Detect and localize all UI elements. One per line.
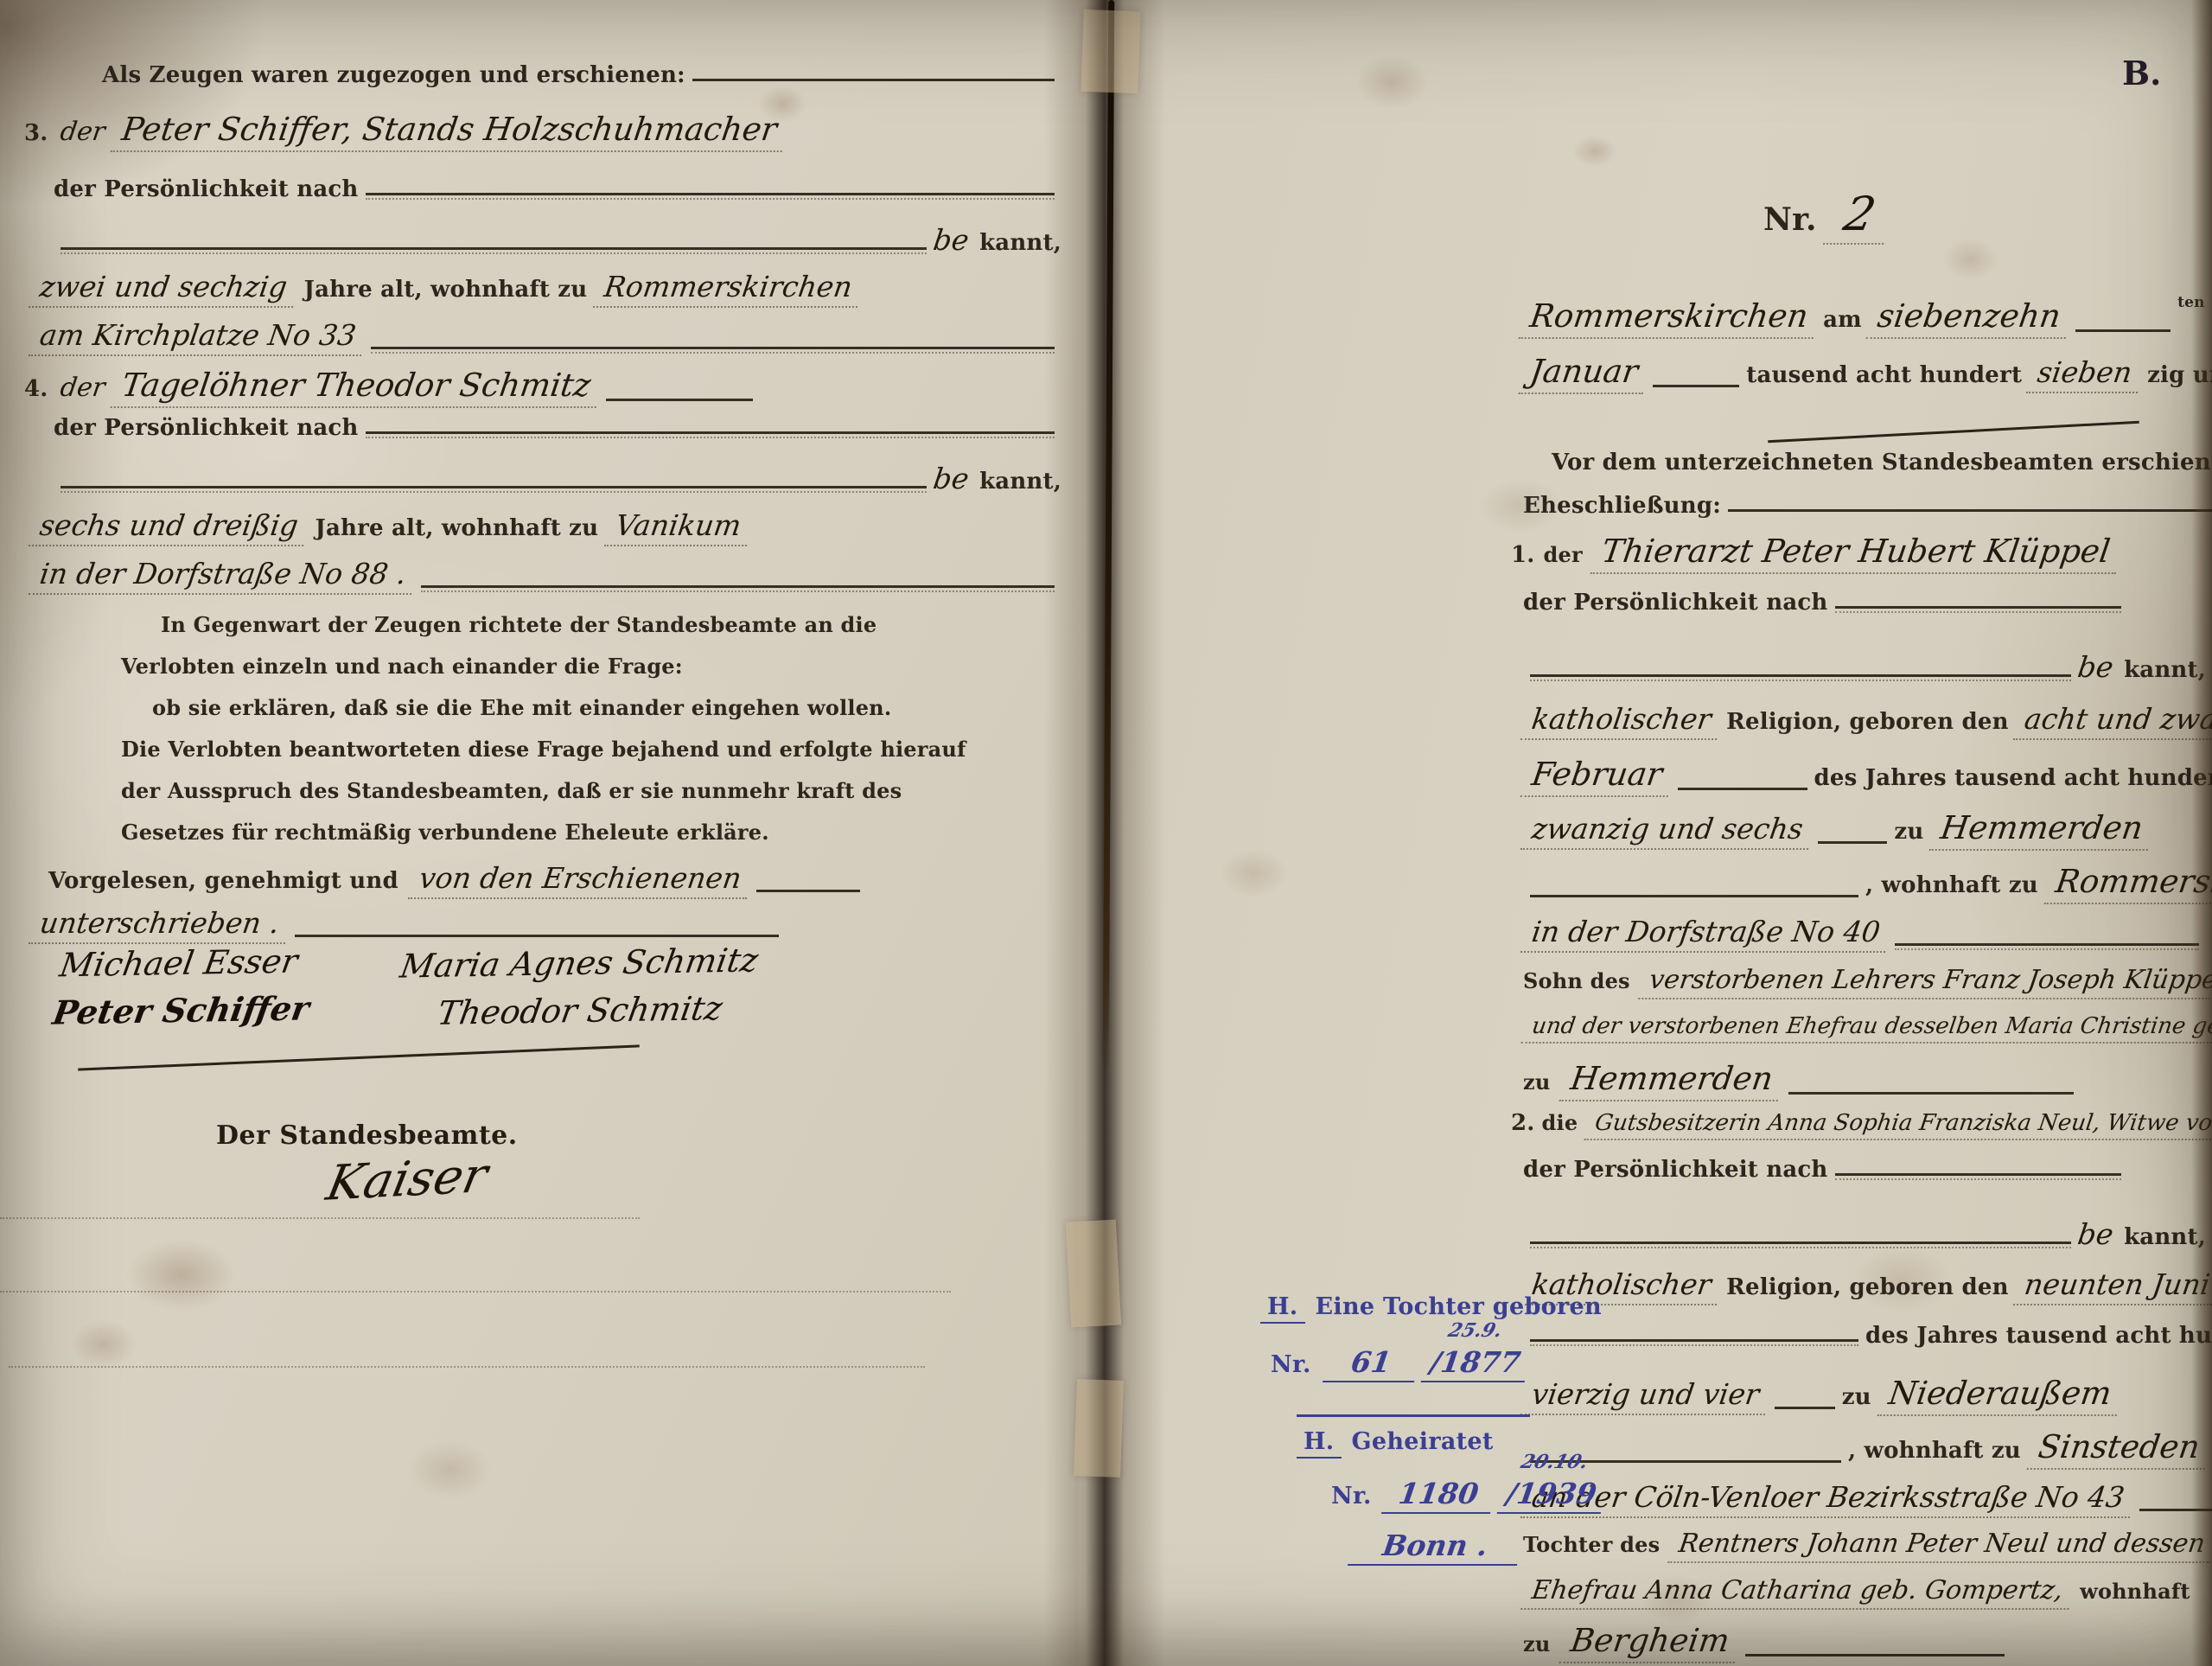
be-hand: be xyxy=(2076,650,2116,684)
bride-mother-line: Ehefrau Anna Catharina geb. Gompertz, wo… xyxy=(1523,1575,2206,1610)
groom-birth-month-line: Februar des Jahres tausend acht hundert xyxy=(1523,756,2206,797)
rule xyxy=(1895,943,2199,946)
ten-superscript: ten xyxy=(2177,294,2205,311)
signature-witness-d: Theodor Schmitz xyxy=(435,989,725,1032)
groom-parents-place: Hemmerden xyxy=(1559,1060,1784,1101)
record-number-line: Nr. 2 xyxy=(1763,187,1890,245)
bride-father: Rentners Johann Peter Neul und dessen xyxy=(1667,1529,2212,1563)
groom-number: 1. xyxy=(1511,542,1535,568)
rule xyxy=(756,890,860,892)
groom-birth-day: acht und zwanzigsten xyxy=(2013,702,2212,740)
bride-parents-place-line: zu Bergheim xyxy=(1523,1622,2206,1663)
be-hand: be xyxy=(2076,1217,2116,1251)
closing-line2: unterschrieben . xyxy=(31,906,1061,944)
groom-mother-line: und der verstorbenen Ehefrau desselben M… xyxy=(1523,1013,2206,1044)
bride-name: Gutsbesitzerin Anna Sophia Franziska Neu… xyxy=(1584,1110,2212,1140)
record-number-label: Nr. xyxy=(1763,201,1817,238)
year-prefix: /19 xyxy=(1504,1477,1559,1510)
month-hand: Januar xyxy=(1519,353,1649,394)
nr-label: Nr. xyxy=(1271,1351,1311,1378)
rule xyxy=(1653,385,1739,387)
witness4-prefix: der xyxy=(58,373,106,403)
registrar-label: Der Standesbeamte. xyxy=(216,1120,518,1151)
intro-line1: Vor dem unterzeichneten Standesbeamten e… xyxy=(1552,450,2212,476)
signature-row1: Michael Esser Maria Agnes Schmitz xyxy=(61,944,757,982)
age-residence-print: Jahre alt, wohnhaft zu xyxy=(315,515,598,541)
groom-religion: katholischer xyxy=(1520,702,1722,740)
witness4-personality-line: der Persönlichkeit nach xyxy=(54,415,1061,441)
bride-prefix: die xyxy=(1542,1110,1578,1135)
year-print: des Jahres tausend acht hundert xyxy=(1814,765,2212,791)
bride-personality-line: der Persönlichkeit nach xyxy=(1523,1157,2128,1183)
closing-print: Vorgelesen, genehmigt und xyxy=(48,868,398,894)
married-stamp-label: Geheiratet xyxy=(1352,1428,1494,1455)
signature-flourish-line xyxy=(78,1044,640,1070)
zu-print: zu xyxy=(1894,819,1923,845)
bride-birth-year-line: vierzig und vier zu Niederaußem xyxy=(1523,1375,2206,1416)
zig-und-print: zig und xyxy=(2147,362,2212,388)
groom-birth-year-line: zwanzig und sechs zu Hemmerden xyxy=(1523,809,2206,851)
rule xyxy=(1530,895,1858,897)
witness3-bekannt-line: be kannt, xyxy=(54,223,1061,257)
ceremony-paragraph-line3: ob sie erklären, daß sie die Ehe mit ein… xyxy=(152,695,891,720)
religion-print: Religion, geboren den xyxy=(1726,1274,2009,1300)
rule xyxy=(371,347,1055,349)
residence-print: , wohnhaft zu xyxy=(1848,1438,2021,1464)
bride-bekannt-line: be kannt, xyxy=(1523,1217,2206,1251)
daughter-stamp-header: H. Eine Tochter geboren xyxy=(1260,1293,1602,1324)
rule xyxy=(61,247,927,250)
daughter-stamp-number-line: Nr. 61 25.9. /1877 xyxy=(1271,1345,1527,1382)
groom-birth-year: zwanzig und sechs xyxy=(1520,812,1814,850)
bride-religion-line: katholischer Religion, geboren den neunt… xyxy=(1523,1267,2206,1305)
groom-father: verstorbenen Lehrers Franz Joseph Klüppe… xyxy=(1638,965,2212,999)
groom-father-line: Sohn des verstorbenen Lehrers Franz Jose… xyxy=(1523,965,2206,999)
paragraph-text: ob sie erklären, daß sie die Ehe mit ein… xyxy=(152,695,891,720)
bride-residence: Sinsteden xyxy=(2027,1428,2211,1470)
witness-heading: Als Zeugen waren zugezogen und erschiene… xyxy=(102,62,685,88)
rule xyxy=(295,935,779,937)
personality-label: der Persönlichkeit nach xyxy=(54,176,359,202)
registrar-label-line: Der Standesbeamte. xyxy=(216,1120,518,1151)
rule xyxy=(2139,1509,2212,1511)
kannt-print: kannt, xyxy=(2124,1224,2206,1250)
rule xyxy=(1835,1173,2121,1176)
left-page: Als Zeugen waren zugezogen und erschiene… xyxy=(0,0,1079,1666)
personality-label: der Persönlichkeit nach xyxy=(1523,1157,1828,1183)
record-number-value: 2 xyxy=(1823,187,1896,245)
tape-repair xyxy=(1074,1379,1124,1478)
paragraph-text: der Ausspruch des Standesbeamten, daß er… xyxy=(121,778,902,803)
married-stamp-place: Bonn . xyxy=(1348,1529,1522,1566)
witness4-name: Tagelöhner Theodor Schmitz xyxy=(110,367,602,408)
paragraph-text: Die Verlobten beantworteten diese Frage … xyxy=(121,737,966,762)
blank-rule xyxy=(9,1366,925,1368)
rule xyxy=(421,585,1055,588)
witness4-street-line: in der Dorfstraße No 88 . xyxy=(31,557,1061,595)
groom-mother: und der verstorbenen Ehefrau desselben M… xyxy=(1521,1013,2212,1044)
zu-print: zu xyxy=(1523,1069,1550,1095)
rule xyxy=(1835,606,2121,609)
rule xyxy=(2075,329,2171,332)
witness4-age: sechs und dreißig xyxy=(29,508,309,546)
groom-personality-line: der Persönlichkeit nach xyxy=(1523,590,2128,616)
rule xyxy=(1530,1242,2071,1244)
registrar-signature: Kaiser xyxy=(322,1147,493,1211)
closing-hand2: unterschrieben . xyxy=(29,906,290,944)
rule xyxy=(1745,1654,2005,1656)
witness3-city: Rommerskirchen xyxy=(593,270,864,308)
rule xyxy=(1775,1407,1835,1409)
rule xyxy=(1788,1092,2074,1095)
kannt-print: kannt, xyxy=(2124,657,2206,683)
groom-prefix: der xyxy=(1544,542,1583,567)
bride-mother: Ehefrau Anna Catharina geb. Gompertz, xyxy=(1520,1575,2074,1610)
groom-bekannt-line: be kannt, xyxy=(1523,650,2206,684)
rule xyxy=(1678,788,1807,790)
rule xyxy=(692,79,1055,81)
daughter-print: Tochter des xyxy=(1523,1532,1660,1557)
corner-letter-line: B. xyxy=(2122,54,2161,93)
groom-street: in der Dorfstraße No 40 xyxy=(1520,915,1891,953)
place-hand: Rommerskirchen xyxy=(1519,297,1820,339)
witness3-name: Peter Schiffer, Stands Holzschuhmacher xyxy=(110,111,787,152)
rule xyxy=(1728,509,2212,512)
groom-religion-line: katholischer Religion, geboren den acht … xyxy=(1523,702,2206,740)
paragraph-text: Verlobten einzeln und nach einander die … xyxy=(121,654,683,679)
bride-birth-year: vierzig und vier xyxy=(1520,1377,1770,1415)
daughter-stamp-number: 61 xyxy=(1323,1345,1419,1382)
kannt-print: kannt, xyxy=(979,469,1061,495)
signature-witness-b: Maria Agnes Schmitz xyxy=(397,941,760,985)
bride-number: 2. xyxy=(1511,1110,1535,1136)
groom-name: Thierarzt Peter Hubert Klüppel xyxy=(1590,533,2120,574)
witness4-city: Vanikum xyxy=(604,508,752,546)
personality-label: der Persönlichkeit nach xyxy=(54,415,359,441)
witness3-street: am Kirchplatze No 33 xyxy=(29,318,367,356)
groom-birth-place: Hemmerden xyxy=(1929,809,2154,851)
witness4-age-line: sechs und dreißig Jahre alt, wohnhaft zu… xyxy=(31,508,1061,546)
date-year-line: Januar tausend acht hundert sieben zig u… xyxy=(1521,353,2204,394)
married-stamp-header: H. Geheiratet xyxy=(1297,1428,1494,1459)
rule xyxy=(61,486,927,488)
ceremony-paragraph-line4: Die Verlobten beantworteten diese Frage … xyxy=(121,737,966,762)
witness3-number: 3. xyxy=(24,120,48,146)
signature-witness-a: Michael Esser xyxy=(57,942,300,985)
eheschliessung-label: Eheschließung: xyxy=(1523,493,1721,519)
bride-parents-place: Bergheim xyxy=(1559,1622,1741,1663)
intro-text: Vor dem unterzeichneten Standesbeamten e… xyxy=(1552,450,2212,476)
ceremony-paragraph-line1: In Gegenwart der Zeugen richtete der Sta… xyxy=(161,612,877,637)
personality-label: der Persönlichkeit nach xyxy=(1523,590,1828,616)
stamp-h-mark: H. xyxy=(1260,1293,1305,1324)
age-residence-print: Jahre alt, wohnhaft zu xyxy=(304,277,588,303)
ceremony-paragraph-line5: der Ausspruch des Standesbeamten, daß er… xyxy=(121,778,902,803)
kannt-print: kannt, xyxy=(979,230,1061,256)
ceremony-paragraph-line2: Verlobten einzeln und nach einander die … xyxy=(121,654,683,679)
stamp-h-mark: H. xyxy=(1297,1428,1342,1459)
witness3-line: 3. der Peter Schiffer, Stands Holzschuhm… xyxy=(24,111,1061,152)
zu-print: zu xyxy=(1523,1631,1550,1656)
year-suffix: 77 xyxy=(1478,1345,1522,1379)
zu-print: zu xyxy=(1842,1384,1871,1410)
witness4-line: 4. der Tagelöhner Theodor Schmitz xyxy=(24,367,1061,408)
bride-birth-day: neunten Juni xyxy=(2013,1267,2212,1305)
nr-label: Nr. xyxy=(1331,1483,1372,1510)
closing-line1: Vorgelesen, genehmigt und von den Erschi… xyxy=(48,861,1061,899)
day-hand: siebenzehn xyxy=(1866,297,2072,339)
married-stamp-number-line: Nr. 1180 20.10. /1939 xyxy=(1331,1477,1603,1514)
groom-name-line: 1. der Thierarzt Peter Hubert Klüppel xyxy=(1511,533,2206,574)
residence-print: , wohnhaft zu xyxy=(1865,872,2038,898)
son-print: Sohn des xyxy=(1523,968,1630,993)
bride-street: an der Cöln-Venloer Bezirksstraße No 43 xyxy=(1520,1480,2135,1518)
corner-letter: B. xyxy=(2122,54,2161,93)
year-print: des Jahres tausend acht hundert xyxy=(1865,1323,2212,1349)
signature-witness-c: Peter Schiffer xyxy=(50,988,312,1031)
bride-father-line: Tochter des Rentners Johann Peter Neul u… xyxy=(1523,1529,2206,1563)
year-prefix: /18 xyxy=(1428,1345,1482,1379)
year-print: tausend acht hundert xyxy=(1746,362,2022,388)
registrar-signature-line: Kaiser xyxy=(328,1152,486,1208)
paragraph-text: Gesetzes für rechtmäßig verbundene Ehele… xyxy=(121,820,769,845)
right-page: B. Nr. 2 Rommerskirchen am siebenzehn te… xyxy=(1124,0,2212,1666)
date-place-line: Rommerskirchen am siebenzehn ten xyxy=(1521,297,2204,339)
witness3-personality-line: der Persönlichkeit nach xyxy=(54,176,1061,202)
rule xyxy=(1530,1339,1858,1342)
married-stamp-date: 20.10. xyxy=(1518,1451,1590,1473)
groom-street-line: in der Dorfstraße No 40 xyxy=(1523,915,2206,953)
groom-birth-month: Februar xyxy=(1520,756,1673,797)
witness3-street-line: am Kirchplatze No 33 xyxy=(31,318,1061,356)
bride-birth-place: Niederaußem xyxy=(1877,1375,2122,1416)
daughter-stamp-year: 25.9. /1877 xyxy=(1421,1345,1529,1379)
paragraph-text: In Gegenwart der Zeugen richtete der Sta… xyxy=(161,612,877,637)
witness3-age: zwei und sechzig xyxy=(29,270,298,308)
marriage-register-spread: Als Zeugen waren zugezogen und erschiene… xyxy=(0,0,2212,1666)
witness4-bekannt-line: be kannt, xyxy=(54,462,1061,495)
witness4-street: in der Dorfstraße No 88 . xyxy=(29,557,418,595)
closing-hand1: von den Erschienenen xyxy=(408,861,752,899)
bride-birth-year-print-line: des Jahres tausend acht hundert xyxy=(1523,1323,2206,1349)
groom-residence: Rommerskirchen xyxy=(2044,863,2212,904)
ceremony-paragraph-line6: Gesetzes für rechtmäßig verbundene Ehele… xyxy=(121,820,769,845)
witness3-prefix: der xyxy=(58,117,106,147)
married-stamp-number: 1180 xyxy=(1381,1477,1495,1514)
bride-street-line: an der Cöln-Venloer Bezirksstraße No 43 xyxy=(1523,1480,2206,1518)
rule xyxy=(366,193,1055,195)
witness4-number: 4. xyxy=(24,376,48,402)
married-stamp-year: 20.10. /1939 xyxy=(1497,1477,1605,1510)
binding-crack xyxy=(1103,0,1114,1072)
religion-print: Religion, geboren den xyxy=(1726,709,2009,735)
intro-line2: Eheschließung: xyxy=(1523,493,2206,519)
rule xyxy=(606,399,753,401)
be-hand: be xyxy=(932,223,972,257)
rule xyxy=(1530,674,2071,677)
witness3-age-line: zwei und sechzig Jahre alt, wohnhaft zu … xyxy=(31,270,1061,308)
signature-row2: Peter Schiffer Theodor Schmitz xyxy=(54,991,722,1030)
blank-rule xyxy=(0,1217,640,1219)
groom-parents-place-line: zu Hemmerden xyxy=(1523,1060,2206,1101)
witness-heading-line: Als Zeugen waren zugezogen und erschiene… xyxy=(102,62,1061,88)
rule xyxy=(1818,841,1887,844)
year-suffix: 39 xyxy=(1554,1477,1598,1510)
blank-rule xyxy=(0,1291,951,1293)
wohnhaft-print: wohnhaft xyxy=(2080,1579,2190,1604)
married-stamp-place-line: Bonn . xyxy=(1350,1529,1520,1566)
be-hand: be xyxy=(932,462,972,495)
date-flourish-line xyxy=(1768,421,2139,444)
groom-residence-line: , wohnhaft zu Rommerskirchen xyxy=(1523,863,2206,904)
daughter-stamp-label: Eine Tochter geboren xyxy=(1316,1293,1602,1320)
bride-residence-line: , wohnhaft zu Sinsteden xyxy=(1523,1428,2206,1470)
bride-name-line: 2. die Gutsbesitzerin Anna Sophia Franzi… xyxy=(1511,1110,2211,1140)
stamp-divider-rule xyxy=(1297,1414,1530,1417)
year-tens-hand: sieben xyxy=(2026,355,2143,393)
daughter-stamp-date: 25.9. xyxy=(1445,1319,1505,1342)
rule xyxy=(366,431,1055,434)
am-print: am xyxy=(1823,307,1862,333)
